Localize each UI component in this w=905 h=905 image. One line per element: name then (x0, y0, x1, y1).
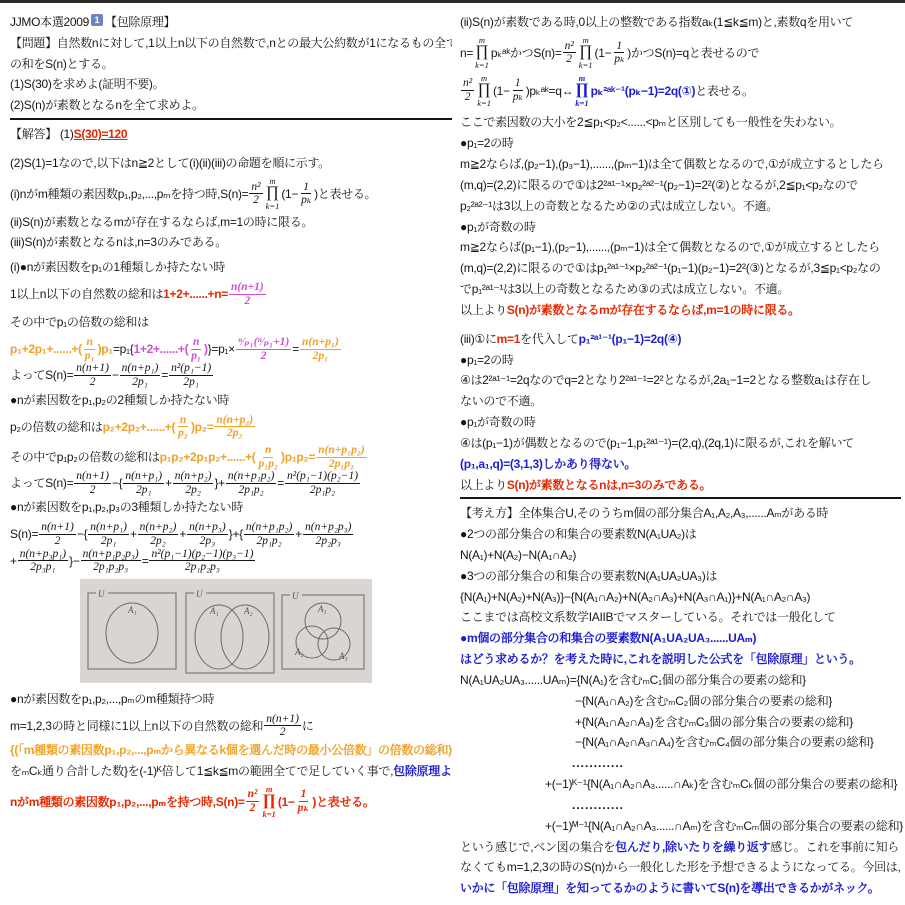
text-line: m=1,2,3の時と同様に1以上n以下の自然数の総和n(n+1)2に (10, 713, 446, 739)
text-segment: + (295, 527, 302, 541)
text-segment: = (292, 342, 299, 356)
text-line: ④は2²ᵃ¹⁻¹=2qなのでq=2となり2²ᵃ¹⁻¹=2²となるが,2a₁−1=… (460, 369, 901, 390)
fraction: n(n+p₂)2p₂ (173, 470, 214, 496)
text-line: ●p₁=2の時 (460, 132, 901, 153)
text-line: はどう求めるか？を考えた時に,これを説明した公式を「包除原理」という。 (460, 648, 901, 669)
text-line: (ii)S(n)が素数となるmが存在するならば,m=1の時に限る。 (10, 211, 446, 232)
text-segment: p₂+2p₂+......+( (103, 420, 176, 434)
text-segment: なくてもm=1,2,3の時のS(n)から一般化した形を予想できるようになってる。… (460, 860, 901, 874)
document-page: JJMO本選20091【包除原理】【問題】自然数nに対して,1以上n以下の自然数… (0, 0, 905, 905)
text-line: をₘCₖ通り合計した数}を(-1)ᴷ倍して1≦k≦mの範囲全てで足していく事で,… (10, 760, 446, 781)
text-segment: その中でp₁p₂の倍数の総和は (10, 450, 160, 464)
text-segment: ●p₁が奇数の時 (460, 219, 536, 233)
text-line: {(「m種類の素因数p₁,p₂,...,pₘから異なるk個を選んだ時の最小公倍数… (10, 739, 446, 760)
text-line: +n(n+p₃p₁)2p₃p₁}−n(n+p₁p₂p₃)2p₁p₂p₃=n²(p… (10, 548, 446, 574)
text-segment: m=1 (497, 332, 520, 346)
text-line: (2)S(1)=1なので,以下はn≧2として(i)(ii)(iii)の命題を順に… (10, 152, 446, 173)
fraction: n²(p₁−1)2p₁ (169, 362, 213, 388)
text-segment: ●m個の部分集合の和集合の要素数N(A₁UA₂UA₃......UAₘ) (460, 631, 756, 645)
text-line: m≧2ならば(p₁−1),(p₂−1),......,(pₘ−1)は全て偶数とな… (460, 236, 901, 257)
text-line: n=m∏k=1pₖᵃᵏかつS(n)=n²2m∏k=1(1−1pₖ)かつS(n)=… (460, 36, 901, 70)
set-label: A₁ (209, 606, 219, 616)
text-segment: ●nが素因数をp₁,p₂,p₃の3種類しか持たない時 (10, 500, 243, 514)
text-segment: )pₖᵃᵏ=q↔ (526, 84, 574, 98)
text-segment: 感じ。これを事前に知ら (770, 839, 899, 853)
text-segment: (1− (278, 794, 295, 808)
text-segment: + (179, 527, 186, 541)
text-segment: )と表せる。 (314, 187, 376, 201)
text-line: いかに「包除原理」を知ってるかのように書いてS(n)を導出できるかがネック。 (460, 877, 901, 898)
text-line: (iii)S(n)が素数となるnは,n=3のみである。 (10, 231, 446, 252)
text-line: m≧2ならば,(p₂−1),(p₃−1),......,(pₘ−1)は全て偶数と… (460, 153, 901, 174)
text-segment: S(n)= (10, 527, 38, 541)
text-line: ●m個の部分集合の和集合の要素数N(A₁UA₂UA₃......UAₘ) (460, 627, 901, 648)
text-line: (i)●nが素因数をp₁の1種類しか持たない時 (10, 256, 446, 277)
text-segment: (iii)S(n)が素数となるnは,n=3のみである。 (10, 235, 227, 249)
fraction: n²(p₁−1)(p₂−1)(p₃−1)2p₁p₂p₃ (149, 548, 255, 574)
text-segment: )p₁ (98, 342, 113, 356)
text-line: (p₁,a₁,q)=(3,1,3)しかあり得ない。 (460, 453, 901, 474)
text-segment: p₂²ᵃ²⁻¹は3以上の奇数となるため②の式は成立しない。不適。 (460, 199, 778, 213)
text-segment: = (277, 476, 284, 490)
text-line: ●p₁が奇数の時 (460, 411, 901, 432)
text-segment: (1)S(30)を求めよ(証明不要)。 (10, 77, 164, 91)
text-segment: {N(A₁)+N(A₂)+N(A₃)}−{N(A₁∩A₂)+N(A₂∩A₃)+N… (460, 589, 810, 603)
text-line: その中でp₁p₂の倍数の総和はp₁p₂+2p₁p₂+......+(np₁p₂)… (10, 444, 446, 470)
text-line: S(n)=n(n+1)2−{n(n+p₁)2p₁+n(n+p₂)2p₂+n(n+… (10, 521, 446, 547)
fraction: n(n+1)2 (264, 713, 301, 739)
text-segment: (ii)S(n)が素数である時,0以上の整数である指数aₖ(1≦k≦m)と,素数… (460, 15, 853, 29)
text-segment: N(A₁)+N(A₂)−N(A₁∩A₂) (460, 548, 576, 562)
fraction: n(n+p₁)2p₁ (300, 336, 341, 362)
text-line: その中でp₁の倍数の総和は (10, 311, 446, 332)
text-line: 【考え方】全体集合U,そのうちm個の部分集合A₁,A₂,A₃,......Aₘが… (460, 502, 901, 523)
text-line: −{N(A₁∩A₂)を含むₘC₂個の部分集合の要素の総和} (575, 690, 901, 711)
universe-label: U (292, 591, 299, 601)
text-segment: 【考え方】全体集合U,そのうちm個の部分集合A₁,A₂,A₃,......Aₘが… (460, 506, 828, 520)
text-line: ●nが素因数をp₁,p₂,...,pₘのm種類持つ時 (10, 688, 446, 709)
venn-diagram-photo: UUUA₁A₁A₂A₁A₂A₃ (80, 579, 372, 683)
text-segment: ここで素因数の大小を2≦p₁<p₂<......<pₘと区別しても一般性を失わな… (460, 115, 841, 129)
text-segment: N(A₁UA₂UA₃......UAₘ)={N(A₁)を含むₘC₁個の部分集合の… (460, 673, 806, 687)
text-segment: }=p₁× (208, 342, 235, 356)
fraction: n(n+p₁)2p₁ (88, 521, 129, 547)
text-line: +(−1)ᴷ⁻¹{N(A₁∩A₂∩A₃......∩Aₖ)を含むₘCₖ個の部分集… (545, 773, 901, 794)
text-line: p₂²ᵃ²⁻¹は3以上の奇数となるため②の式は成立しない。不適。 (460, 195, 901, 216)
text-segment: ●3つの部分集合の和集合の要素数N(A₁UA₂UA₃)は (460, 569, 717, 583)
text-segment: }− (69, 554, 79, 568)
text-line: (i)nがm種類の素因数p₁,p₂,...,pₘを持つ時,S(n)=n²2m∏k… (10, 177, 446, 211)
text-line: という感じで,ベン図の集合を包んだり,除いたりを繰り返す感じ。これを事前に知ら (460, 836, 901, 857)
text-segment: 【問題】自然数nに対して,1以上n以下の自然数で,nとの最大公約数が1になるもの… (10, 36, 452, 50)
text-segment: {(「m種類の素因数p₁,p₂,...,pₘから異なるk個を選んだ時の最小公倍数… (10, 743, 452, 757)
text-segment: m≧2ならば,(p₂−1),(p₃−1),......,(pₘ−1)は全て偶数と… (460, 157, 884, 171)
text-segment: 包除原理より (393, 764, 452, 778)
text-segment: 以上より (460, 303, 507, 317)
text-segment: (m,q)=(2,2)に限るので①は2²ᵃ¹⁻¹×p₂²ᵃ²⁻¹(p₂−1)=2… (460, 178, 858, 192)
fraction: np₁p₂ (256, 444, 280, 470)
text-segment: )p₂= (191, 420, 213, 434)
text-segment: という感じで,ベン図の集合を (460, 839, 615, 853)
text-segment: p₁+2p₁+......+( (10, 342, 82, 356)
text-segment: ●nが素因数をp₁,p₂の2種類しか持たない時 (10, 393, 229, 407)
text-segment: 1+2+......+( (134, 342, 189, 356)
text-segment: −{N(A₁∩A₂)を含むₘC₂個の部分集合の要素の総和} (575, 694, 832, 708)
text-segment: と表せる。 (695, 84, 754, 98)
fraction: 1pₖ (511, 77, 525, 103)
document-title: JJMO本選20091【包除原理】 (10, 11, 446, 32)
text-line: (m,q)=(2,2)に限るので①はp₁²ᵃ¹⁻¹×p₂²ᵃ²⁻¹(p₁−1)(… (460, 257, 901, 278)
text-line: 【問題】自然数nに対して,1以上n以下の自然数で,nとの最大公約数が1になるもの… (10, 32, 446, 53)
text-line: (ii)S(n)が素数である時,0以上の整数である指数aₖ(1≦k≦m)と,素数… (460, 11, 901, 32)
text-segment: +(−1)ᴹ⁻¹{N(A₁∩A₂∩A₃......∩Aₘ)を含むₘCₘ個の部分集… (545, 819, 903, 833)
set-label: A₂ (294, 647, 304, 657)
text-segment: ないので不適。 (460, 394, 542, 408)
text-segment: −{ (112, 476, 122, 490)
text-segment: )かつS(n)=qと表せるので (627, 46, 759, 60)
text-segment: ●p₁=2の時 (460, 136, 514, 150)
text-line: よってS(n)=n(n+1)2−n(n+p₁)2p₁=n²(p₁−1)2p₁ (10, 362, 446, 388)
text-segment: 以上より (460, 477, 507, 491)
text-segment: いかに「包除原理」を知ってるかのように書いてS(n)を導出できるかがネック。 (460, 881, 879, 895)
text-line: −{N(A₁∩A₂∩A₃∩A₄)を含むₘC₄個の部分集合の要素の総和} (575, 731, 901, 752)
text-segment: (2)S(1)=1なので,以下はn≧2として(i)(ii)(iii)の命題を順に… (10, 156, 330, 170)
text-segment: +{N(A₁∩A₂∩A₃)を含むₘC₃個の部分集合の要素の総和} (575, 714, 853, 728)
text-segment: を代入して (520, 332, 579, 346)
set-label: A₁ (127, 605, 137, 615)
text-line: 以上よりS(n)が素数となるmが存在するならば,m=1の時に限る。 (460, 299, 901, 320)
text-segment: ●p₁が奇数の時 (460, 415, 536, 429)
text-line: ここで素因数の大小を2≦p₁<p₂<......<pₘと区別しても一般性を失わな… (460, 111, 901, 132)
text-segment: n= (460, 46, 473, 60)
text-line: ④は(p₁−1)が偶数となるので(p₁−1,p₁²ᵃ¹⁻¹)=(2,q),(2q… (460, 432, 901, 453)
text-segment: = (161, 369, 168, 383)
product-symbol: m∏k=1 (579, 36, 593, 70)
text-segment: 1以上n以下の自然数の総和は (10, 287, 163, 301)
text-line: ●p₁=2の時 (460, 349, 901, 370)
fraction: n²2 (563, 40, 576, 66)
text-segment: = (142, 554, 149, 568)
text-segment: (m,q)=(2,2)に限るので①はp₁²ᵃ¹⁻¹×p₂²ᵃ²⁻¹(p₁−1)(… (460, 261, 881, 275)
fraction: n²(p₁−1)(p₂−1)2p₁p₂ (285, 470, 360, 496)
text-line: +(−1)ᴹ⁻¹{N(A₁∩A₂∩A₃......∩Aₘ)を含むₘCₘ個の部分集… (545, 815, 901, 836)
product-symbol: m∏k=1 (575, 74, 588, 108)
number-badge-icon: 1 (91, 14, 103, 26)
text-segment: + (165, 476, 172, 490)
text-line: ここまでは高校文系数学IAIIBでマスターしている。それでは一般化して (460, 606, 901, 627)
text-segment: p₂の倍数の総和は (10, 420, 103, 434)
text-line: ●2つの部分集合の和集合の要素数N(A₁UA₂)は (460, 523, 901, 544)
text-segment: 1+2+......+n= (163, 287, 228, 301)
fraction: 1pₖ (296, 788, 312, 814)
fraction: n²2 (461, 77, 474, 103)
text-segment: + (130, 527, 137, 541)
fraction: n(n+p₁)2p₁ (120, 362, 161, 388)
text-line: でp₁²ᵃ¹⁻¹は3以上の奇数となるため③の式は成立しない。不適。 (460, 278, 901, 299)
text-segment: )と表せる。 (312, 794, 374, 808)
text-segment: +(−1)ᴷ⁻¹{N(A₁∩A₂∩A₃......∩Aₖ)を含むₘCₖ個の部分集… (545, 777, 897, 791)
text-segment: m≧2ならば(p₁−1),(p₂−1),......,(pₘ−1)は全て偶数とな… (460, 240, 880, 254)
text-segment: p₁²ᵃ¹⁻¹(p₁−1)=2q(④) (579, 332, 682, 346)
product-symbol: m∏k=1 (475, 36, 489, 70)
text-line: (iii)①にm=1を代入してp₁²ᵃ¹⁻¹(p₁−1)=2q(④) (460, 328, 901, 349)
fraction: n(n+1)2 (74, 362, 111, 388)
fraction: np₂ (176, 414, 190, 440)
universe-label: U (98, 589, 105, 599)
fraction: n²2 (249, 181, 262, 207)
text-line: よってS(n)=n(n+1)2−{n(n+p₁)2p₁+n(n+p₂)2p₂}+… (10, 470, 446, 496)
text-segment: ●2つの部分集合の和集合の要素数N(A₁UA₂)は (460, 527, 696, 541)
text-segment: p₁p₂+2p₁p₂+......+( (160, 450, 256, 464)
text-segment: (ii)S(n)が素数となるmが存在するならば,m=1の時に限る。 (10, 214, 313, 228)
text-segment: + (10, 554, 17, 568)
text-line: ●3つの部分集合の和集合の要素数N(A₁UA₂UA₃)は (460, 565, 901, 586)
text-line: の和をS(n)とする。 (10, 53, 446, 74)
text-segment: に (302, 719, 314, 733)
text-segment: }+{ (229, 527, 243, 541)
text-line: ●nが素因数をp₁,p₂の2種類しか持たない時 (10, 389, 446, 410)
text-segment: S(n)が素数となるnは,n=3のみである。 (507, 477, 711, 491)
text-segment: ここまでは高校文系数学IAIIBでマスターしている。それでは一般化して (460, 610, 836, 624)
text-segment: S(30)=120 (74, 127, 128, 141)
fraction: np₁ (83, 336, 97, 362)
set-a1-ellipse-2 (195, 605, 243, 669)
text-segment: ............ (572, 756, 624, 770)
text-line: 1以上n以下の自然数の総和は1+2+......+n=n(n+1)2 (10, 281, 446, 307)
fraction: n²2 (246, 788, 260, 814)
text-line: {N(A₁)+N(A₂)+N(A₃)}−{N(A₁∩A₂)+N(A₂∩A₃)+N… (460, 586, 901, 607)
fraction: n(n+p₁p₂)2p₁p₂ (316, 444, 367, 470)
text-line: N(A₁)+N(A₂)−N(A₁∩A₂) (460, 544, 901, 565)
fraction: n(n+p₁p₂)2p₁p₂ (226, 470, 276, 496)
text-segment: −{ (77, 527, 87, 541)
text-segment: 【包除原理】 (105, 15, 175, 29)
text-segment: nがm種類の素因数p₁,p₂,...,pₘを持つ時,S(n)= (10, 794, 245, 808)
text-line: (m,q)=(2,2)に限るので①は2²ᵃ¹⁻¹×p₂²ᵃ²⁻¹(p₂−1)=2… (460, 174, 901, 195)
text-segment: (2)S(n)が素数となるnを全て求めよ。 (10, 98, 204, 112)
answer-line: 【解答】 (1)S(30)=120 (10, 123, 446, 144)
text-segment: (i)●nが素因数をp₁の1種類しか持たない時 (10, 260, 225, 274)
text-segment: pₖ²ᵃᵏ⁻¹(pₖ−1)=2q(①) (591, 84, 696, 98)
text-segment: ④は(p₁−1)が偶数となるので(p₁−1,p₁²ᵃ¹⁻¹)=(2,q),(2q… (460, 436, 854, 450)
text-segment: )p₁p₂= (281, 450, 315, 464)
product-symbol: m∏k=1 (262, 785, 275, 819)
text-line: n²2m∏k=1(1−1pₖ)pₖᵃᵏ=q↔m∏k=1pₖ²ᵃᵏ⁻¹(pₖ−1)… (460, 74, 901, 108)
text-line: (1)S(30)を求めよ(証明不要)。 (10, 73, 446, 94)
fraction: n(n+p₂)2p₂ (138, 521, 179, 547)
text-segment: JJMO本選2009 (10, 15, 89, 29)
text-line: 以上よりS(n)が素数となるnは,n=3のみである。 (460, 474, 901, 495)
text-line: ●nが素因数をp₁,p₂,p₃の3種類しか持たない時 (10, 496, 446, 517)
text-line: nがm種類の素因数p₁,p₂,...,pₘを持つ時,S(n)=n²2m∏k=1(… (10, 785, 446, 819)
fraction: n(n+p₃)2p₃ (187, 521, 228, 547)
text-line: ないので不適。 (460, 390, 901, 411)
text-segment: よってS(n)= (10, 476, 73, 490)
set-label: A₁ (317, 604, 327, 614)
text-line: ............ (572, 794, 901, 815)
text-segment: ............ (572, 798, 624, 812)
text-segment: −{N(A₁∩A₂∩A₃∩A₄)を含むₘC₄個の部分集合の要素の総和} (575, 735, 874, 749)
universe-label: U (196, 589, 203, 599)
text-segment: 包んだり,除いたりを繰り返す (615, 839, 770, 853)
text-segment: はどう求めるか？を考えた時に,これを説明した公式を「包除原理」という。 (460, 652, 861, 666)
set-label: A₃ (338, 651, 348, 661)
text-segment: の和をS(n)とする。 (10, 56, 113, 70)
text-segment: m=1,2,3の時と同様に1以上n以下の自然数の総和 (10, 719, 263, 733)
text-segment: }+ (214, 476, 224, 490)
text-segment: (p₁,a₁,q)=(3,1,3)しかあり得ない。 (460, 457, 636, 471)
section-divider (460, 497, 901, 499)
text-line: (2)S(n)が素数となるnを全て求めよ。 (10, 94, 446, 115)
text-segment: をₘCₖ通り合計した数}を(-1)ᴷ倍して1≦k≦mの範囲全てで足していく事で, (10, 764, 393, 778)
text-line: ●p₁が奇数の時 (460, 216, 901, 237)
text-segment: =p₁{ (113, 342, 134, 356)
text-segment: (1− (595, 46, 612, 60)
text-line: N(A₁UA₂UA₃......UAₘ)={N(A₁)を含むₘC₁個の部分集合の… (460, 669, 901, 690)
text-line: +{N(A₁∩A₂∩A₃)を含むₘC₃個の部分集合の要素の総和} (575, 711, 901, 732)
text-line: p₁+2p₁+......+(np₁)p₁=p₁{1+2+......+(np₁… (10, 336, 446, 362)
text-segment: ●nが素因数をp₁,p₂,...,pₘのm種類持つ時 (10, 692, 214, 706)
left-column: JJMO本選20091【包除原理】【問題】自然数nに対して,1以上n以下の自然数… (0, 3, 452, 903)
section-divider (10, 118, 452, 120)
right-column: (ii)S(n)が素数である時,0以上の整数である指数aₖ(1≦k≦m)と,素数… (452, 3, 905, 903)
fraction: 1pₖ (612, 40, 626, 66)
text-segment: pₖᵃᵏかつS(n)= (491, 46, 562, 60)
text-segment: でp₁²ᵃ¹⁻¹は3以上の奇数となるため③の式は成立しない。不適。 (460, 282, 789, 296)
set-label: A₂ (243, 606, 253, 616)
text-segment: ●p₁=2の時 (460, 352, 514, 366)
fraction: np₁ (189, 336, 203, 362)
fraction: n(n+p₁p₂)2p₁p₂ (244, 521, 294, 547)
product-symbol: m∏k=1 (266, 177, 280, 211)
fraction: n(n+p₃p₁)2p₃p₁ (18, 548, 68, 574)
text-segment: よってS(n)= (10, 369, 73, 383)
text-segment: その中でp₁の倍数の総和は (10, 315, 149, 329)
fraction: n(n+p₂p₃)2p₂p₃ (303, 521, 353, 547)
text-segment: (i)nがm種類の素因数p₁,p₂,...,pₘを持つ時,S(n)= (10, 187, 248, 201)
text-line: なくてもm=1,2,3の時のS(n)から一般化した形を予想できるようになってる。… (460, 856, 901, 877)
text-segment: (iii)①に (460, 332, 497, 346)
fraction: n(n+p₁p₂p₃)2p₁p₂p₃ (81, 548, 141, 574)
text-line: ............ (572, 752, 901, 773)
fraction: n(n+1)2 (74, 470, 111, 496)
text-segment: (1− (281, 187, 298, 201)
fraction: ⁿ⁄ₚ₁(ⁿ⁄ₚ₁+1)2 (236, 336, 291, 362)
text-segment: ④は2²ᵃ¹⁻¹=2qなのでq=2となり2²ᵃ¹⁻¹=2²となるが,2a₁−1=… (460, 373, 871, 387)
product-symbol: m∏k=1 (477, 74, 491, 108)
text-segment: − (112, 369, 119, 383)
text-line: p₂の倍数の総和はp₂+2p₂+......+(np₂)p₂=n(n+p₂)2p… (10, 414, 446, 440)
fraction: n(n+p₂)2p₂ (214, 414, 255, 440)
text-segment: 【解答】 (1) (10, 127, 74, 141)
text-segment: (1− (493, 84, 510, 98)
fraction: n(n+1)2 (39, 521, 76, 547)
two-column-layout: JJMO本選20091【包除原理】【問題】自然数nに対して,1以上n以下の自然数… (0, 3, 905, 903)
fraction: 1pₖ (299, 181, 313, 207)
text-segment: S(n)が素数となるmが存在するならば,m=1の時に限る。 (507, 303, 800, 317)
fraction: n(n+1)2 (229, 281, 266, 307)
fraction: n(n+p₁)2p₁ (123, 470, 164, 496)
